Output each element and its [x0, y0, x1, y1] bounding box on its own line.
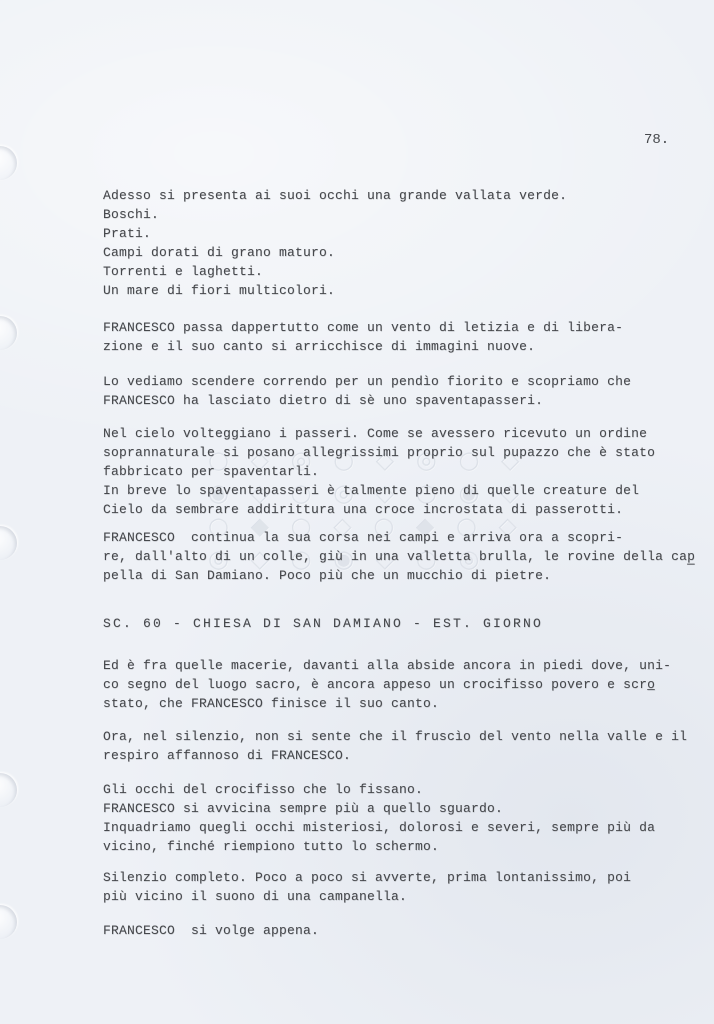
- action-paragraph-crucifix: Ed è fra quelle macerie, davanti alla ab…: [103, 656, 703, 713]
- action-paragraph-scarecrow-reveal: Lo vediamo scendere correndo per un pend…: [103, 372, 703, 410]
- scanned-script-page: ○ ◇ ◎ ○ ◇ ◎ ○ ◇ ◉ ◇ ○ ◎ ◇ ○ ◉ ◇ ○ ◆ ○ ◇ …: [0, 0, 714, 1024]
- action-paragraph-bell-sound: Silenzio completo. Poco a poco si avvert…: [103, 868, 703, 906]
- action-paragraph-san-damiano-ruins: FRANCESCO continua la sua corsa nei camp…: [103, 528, 703, 585]
- punch-hole: [0, 316, 17, 350]
- action-paragraph-francesco-passes: FRANCESCO passa dappertutto come un vent…: [103, 318, 703, 356]
- action-paragraph-valley-description: Adesso si presenta ai suoi occhi una gra…: [103, 186, 703, 300]
- punch-hole: [0, 526, 17, 560]
- scene-heading-sc60: SC. 60 - CHIESA DI SAN DAMIANO - EST. GI…: [103, 614, 703, 633]
- action-paragraph-silence-wind: Ora, nel silenzio, non si sente che il f…: [103, 727, 703, 765]
- page-number: 78.: [644, 131, 669, 150]
- punch-hole: [0, 146, 17, 180]
- action-paragraph-crucifix-eyes: Gli occhi del crocifisso che lo fissano.…: [103, 780, 703, 856]
- punch-hole: [0, 905, 17, 939]
- action-paragraph-sparrows: Nel cielo volteggiano i passeri. Come se…: [103, 424, 703, 519]
- action-paragraph-francesco-turns: FRANCESCO si volge appena.: [103, 921, 703, 940]
- punch-hole: [0, 773, 17, 807]
